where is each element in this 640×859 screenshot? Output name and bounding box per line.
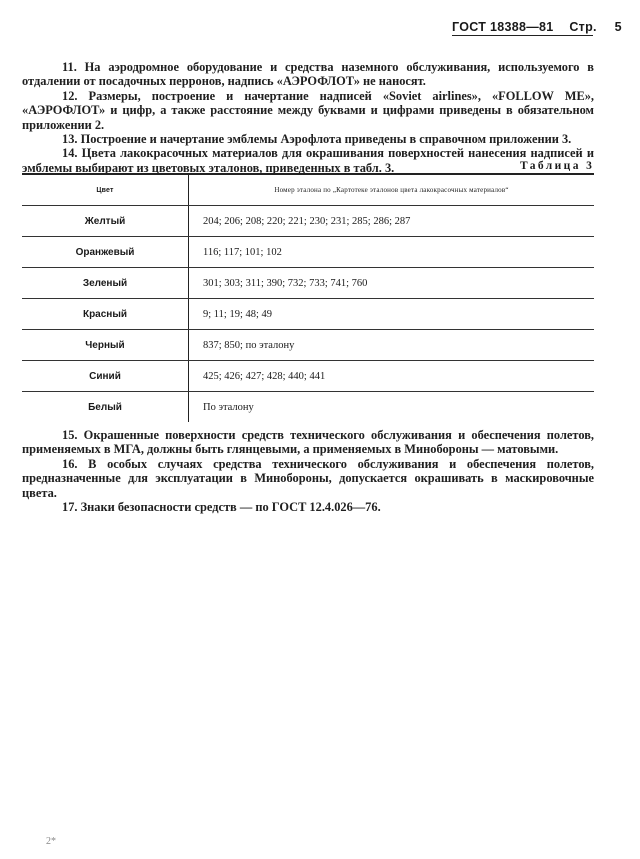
color-standards-table: Цвет Номер эталона по „Картотеке эталоно… bbox=[22, 173, 594, 422]
table-row: Красный 9; 11; 19; 48; 49 bbox=[22, 299, 594, 330]
page-header: ГОСТ 18388—81 Стр. 5 bbox=[452, 20, 593, 36]
paragraph-15: 15. Окрашенные поверхности средств техни… bbox=[22, 428, 594, 457]
standard-number: ГОСТ 18388—81 bbox=[452, 20, 554, 34]
signature-mark: 2* bbox=[46, 836, 56, 847]
column-header-standard-number: Номер эталона по „Картотеке эталонов цве… bbox=[189, 175, 594, 205]
paragraph-12: 12. Размеры, построение и начертание над… bbox=[22, 89, 594, 132]
standard-numbers: 837; 850; по эталону bbox=[189, 330, 594, 360]
top-paragraphs: 11. На аэродромное оборудование и средст… bbox=[22, 60, 594, 175]
paragraph-17: 17. Знаки безопасности средств — по ГОСТ… bbox=[22, 500, 594, 514]
standard-numbers: 9; 11; 19; 48; 49 bbox=[189, 299, 594, 329]
bottom-paragraphs: 15. Окрашенные поверхности средств техни… bbox=[22, 428, 594, 514]
table-row: Зеленый 301; 303; 311; 390; 732; 733; 74… bbox=[22, 268, 594, 299]
color-name: Черный bbox=[22, 330, 189, 360]
standard-numbers: 116; 117; 101; 102 bbox=[189, 237, 594, 267]
color-name: Синий bbox=[22, 361, 189, 391]
table-caption: Таблица 3 bbox=[520, 160, 594, 172]
color-name: Оранжевый bbox=[22, 237, 189, 267]
color-name: Белый bbox=[22, 392, 189, 422]
paragraph-11: 11. На аэродромное оборудование и средст… bbox=[22, 60, 594, 89]
paragraph-14: 14. Цвета лакокрасочных материалов для о… bbox=[22, 146, 594, 175]
standard-numbers: 301; 303; 311; 390; 732; 733; 741; 760 bbox=[189, 268, 594, 298]
paragraph-16: 16. В особых случаях средства техническо… bbox=[22, 457, 594, 500]
table-header-row: Цвет Номер эталона по „Картотеке эталоно… bbox=[22, 175, 594, 206]
color-name: Желтый bbox=[22, 206, 189, 236]
standard-numbers: 425; 426; 427; 428; 440; 441 bbox=[189, 361, 594, 391]
table-row: Синий 425; 426; 427; 428; 440; 441 bbox=[22, 361, 594, 392]
standard-numbers: 204; 206; 208; 220; 221; 230; 231; 285; … bbox=[189, 206, 594, 236]
color-name: Красный bbox=[22, 299, 189, 329]
table-row: Черный 837; 850; по эталону bbox=[22, 330, 594, 361]
page-label: Стр. bbox=[569, 20, 596, 34]
table-row: Белый По эталону bbox=[22, 392, 594, 422]
color-name: Зеленый bbox=[22, 268, 189, 298]
standard-numbers: По эталону bbox=[189, 392, 594, 422]
table-row: Желтый 204; 206; 208; 220; 221; 230; 231… bbox=[22, 206, 594, 237]
page-number: 5 bbox=[615, 20, 622, 34]
table-row: Оранжевый 116; 117; 101; 102 bbox=[22, 237, 594, 268]
paragraph-13: 13. Построение и начертание эмблемы Аэро… bbox=[22, 132, 594, 146]
column-header-color: Цвет bbox=[22, 175, 189, 205]
